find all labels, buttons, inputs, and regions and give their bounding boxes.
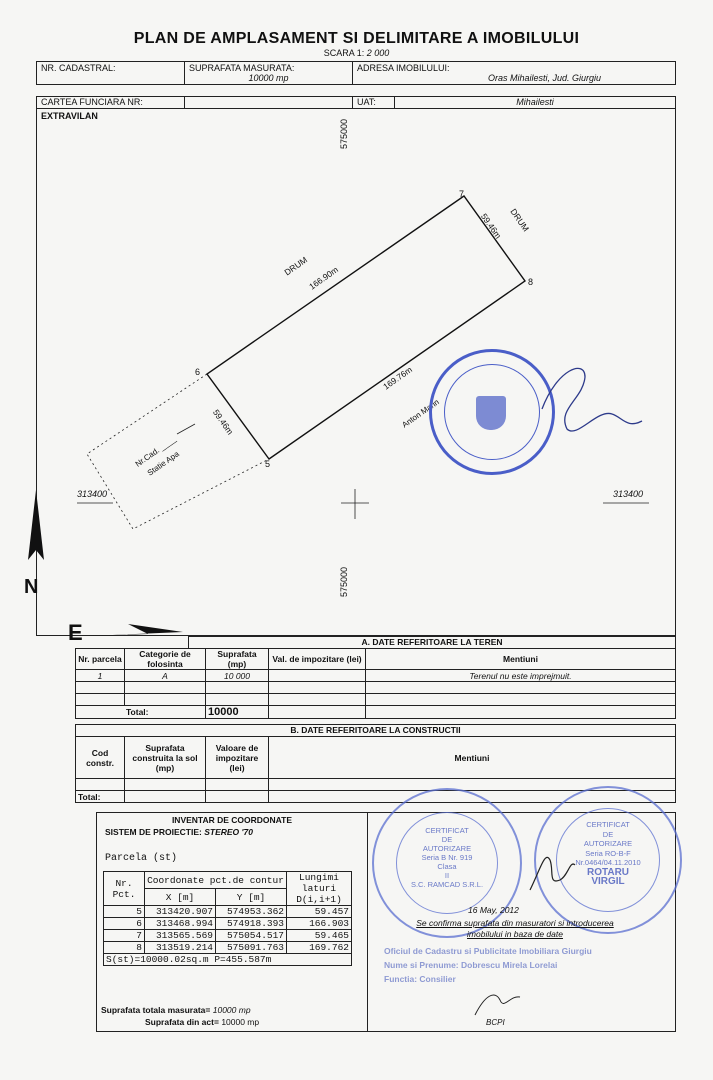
north-arrow-icon (22, 490, 52, 570)
coordinate-row: 8 313519.214 575091.763 169.762 (104, 942, 352, 954)
parcel-label: Parcela (st) (105, 853, 177, 864)
grid-x-right: 313400 (613, 489, 643, 499)
table-row (76, 694, 676, 706)
coordinate-table: Nr. Pct. Coordonate pct.de contur Lungim… (103, 871, 352, 966)
coordinate-row: 6 313468.994 574918.393 166.903 (104, 918, 352, 930)
land-total-row: Total: 10000 (76, 706, 676, 719)
coat-of-arms-icon (476, 396, 506, 430)
grid-y-bottom: 575000 (339, 567, 349, 597)
land-table: Nr. parcela Categorie de folosinta Supra… (75, 648, 676, 719)
inventory-box: INVENTAR DE COORDONATE SISTEM DE PROIECT… (96, 812, 368, 1032)
suprafata-cell: SUPRAFATA MASURATA: 10000 mp (185, 62, 353, 84)
area-from-act: Suprafata din act= 10000 mp (145, 1017, 259, 1027)
total-measured: Suprafata totala masurata= 10000 mp (101, 1005, 251, 1015)
adresa-cell: ADRESA IMOBILULUI: Oras Mihailesti, Jud.… (353, 62, 675, 84)
map-area: EXTRAVILAN 575000 575000 313400 313400 D… (36, 108, 676, 636)
plan-document: PLAN DE AMPLASAMENT SI DELIMITARE A IMOB… (0, 0, 713, 1080)
uat-label-cell: UAT: (353, 97, 395, 108)
grid-y-top: 575000 (339, 119, 349, 149)
grid-x-left: 313400 (77, 489, 107, 499)
approval-date: 16 May, 2012 (468, 905, 519, 915)
signature-3 (470, 985, 540, 1020)
east-label: E (68, 620, 83, 646)
document-title: PLAN DE AMPLASAMENT SI DELIMITARE A IMOB… (0, 30, 713, 48)
point-5: 5 (265, 459, 270, 469)
office-stamp: Oficiul de Cadastru si Publicitate Imobi… (384, 944, 624, 986)
projection-system: SISTEM DE PROIECTIE: STEREO '70 (105, 827, 253, 837)
agency-round-stamp (429, 349, 555, 475)
table-row: 1 A 10 000 Terenul nu este imprejmuit. (76, 670, 676, 682)
inventory-title: INVENTAR DE COORDONATE (97, 815, 367, 825)
north-label: N (24, 576, 38, 599)
coordinate-row: 7 313565.569 575054.517 59.465 (104, 930, 352, 942)
confirmation-text: Se confirma suprafata din masuratori si … (400, 918, 630, 940)
table-row (76, 682, 676, 694)
carte-funciara-value (185, 97, 353, 108)
east-arrow-icon (88, 624, 188, 644)
parcel-drawing (37, 109, 677, 637)
construction-section-title: B. DATE REFERITOARE LA CONSTRUCTII (75, 724, 676, 736)
land-section-title: A. DATE REFERITOARE LA TEREN (188, 636, 676, 648)
authorization-stamp-1: CERTIFICAT DE AUTORIZARE Seria B Nr. 919… (372, 788, 522, 938)
uat-value: Mihailesti (395, 97, 675, 108)
point-8: 8 (528, 277, 533, 287)
nr-cadastral-cell: NR. CADASTRAL: (37, 62, 185, 84)
area-perimeter-summary: S(st)=10000.02sq.m P=455.587m (104, 954, 352, 966)
point-6: 6 (195, 367, 200, 377)
coordinate-row: 5 313420.907 574953.362 59.457 (104, 906, 352, 918)
scale-label: SCARA 1: 2 000 (0, 48, 713, 58)
carte-funciara-cell: CARTEA FUNCIARA NR: (37, 97, 185, 108)
signature-2 (520, 840, 580, 900)
point-7: 7 (459, 189, 464, 199)
header-row-1: NR. CADASTRAL: SUPRAFATA MASURATA: 10000… (36, 61, 676, 85)
